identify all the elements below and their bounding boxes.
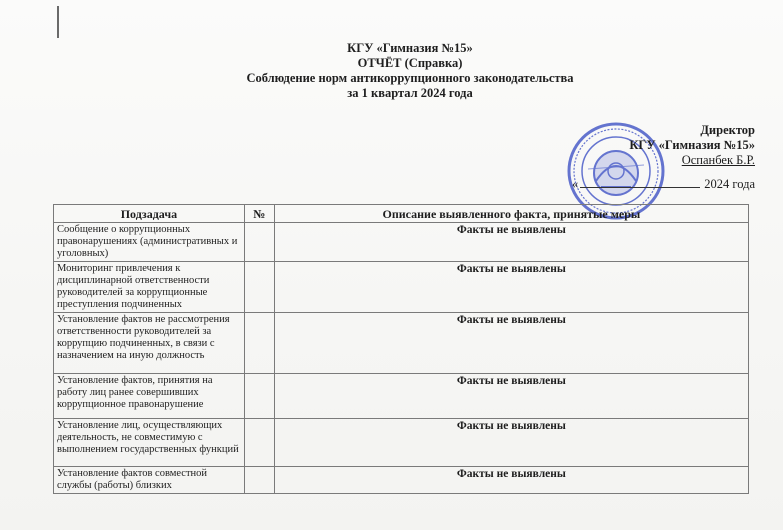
margin-mark: [57, 6, 59, 38]
description-cell: Факты не выявлены: [274, 374, 748, 419]
date-open-quote: «: [572, 177, 578, 191]
description-cell: Факты не выявлены: [274, 262, 748, 313]
number-cell: [244, 374, 274, 419]
organization-title: КГУ «Гимназия №15»: [240, 41, 580, 56]
date-blank-line: [580, 177, 700, 188]
description-cell: Факты не выявлены: [274, 313, 748, 374]
number-cell: [244, 262, 274, 313]
number-cell: [244, 313, 274, 374]
table-row: Установление фактов совместной службы (р…: [54, 467, 749, 494]
subtask-cell: Установление фактов совместной службы (р…: [54, 467, 245, 494]
table-row: Установление фактов не рассмотрения отве…: [54, 313, 749, 374]
table-header-row: Подзадача № Описание выявленного факта, …: [54, 205, 749, 223]
table-row: Мониторинг привлечения к дисциплинарной …: [54, 262, 749, 313]
approver-position: Директор: [629, 123, 755, 138]
table-row: Установление лиц, осуществляющих деятель…: [54, 419, 749, 467]
description-cell: Факты не выявлены: [274, 419, 748, 467]
number-cell: [244, 419, 274, 467]
report-period: за 1 квартал 2024 года: [240, 86, 580, 101]
approval-date: «2024 года: [572, 177, 755, 192]
subtask-cell: Сообщение о коррупционных правонарушения…: [54, 223, 245, 262]
column-header-subtask: Подзадача: [54, 205, 245, 223]
approval-block: Директор КГУ «Гимназия №15» Оспанбек Б.Р…: [629, 123, 755, 168]
subtask-cell: Установление фактов, принятия на работу …: [54, 374, 245, 419]
report-table: Подзадача № Описание выявленного факта, …: [53, 204, 749, 494]
description-cell: Факты не выявлены: [274, 223, 748, 262]
number-cell: [244, 467, 274, 494]
subtask-cell: Мониторинг привлечения к дисциплинарной …: [54, 262, 245, 313]
report-subject: Соблюдение норм антикоррупционного закон…: [240, 71, 580, 86]
column-header-description: Описание выявленного факта, принятые мер…: [274, 205, 748, 223]
document-type: ОТЧЁТ (Справка): [240, 56, 580, 71]
report-title-block: КГУ «Гимназия №15» ОТЧЁТ (Справка) Соблю…: [240, 41, 580, 101]
document-page: КГУ «Гимназия №15» ОТЧЁТ (Справка) Соблю…: [0, 0, 783, 530]
table-row: Сообщение о коррупционных правонарушения…: [54, 223, 749, 262]
description-cell: Факты не выявлены: [274, 467, 748, 494]
approver-organization: КГУ «Гимназия №15»: [629, 138, 755, 153]
date-year: 2024 года: [704, 177, 755, 191]
approver-name: Оспанбек Б.Р.: [629, 153, 755, 168]
subtask-cell: Установление лиц, осуществляющих деятель…: [54, 419, 245, 467]
table-row: Установление фактов, принятия на работу …: [54, 374, 749, 419]
column-header-number: №: [244, 205, 274, 223]
number-cell: [244, 223, 274, 262]
subtask-cell: Установление фактов не рассмотрения отве…: [54, 313, 245, 374]
